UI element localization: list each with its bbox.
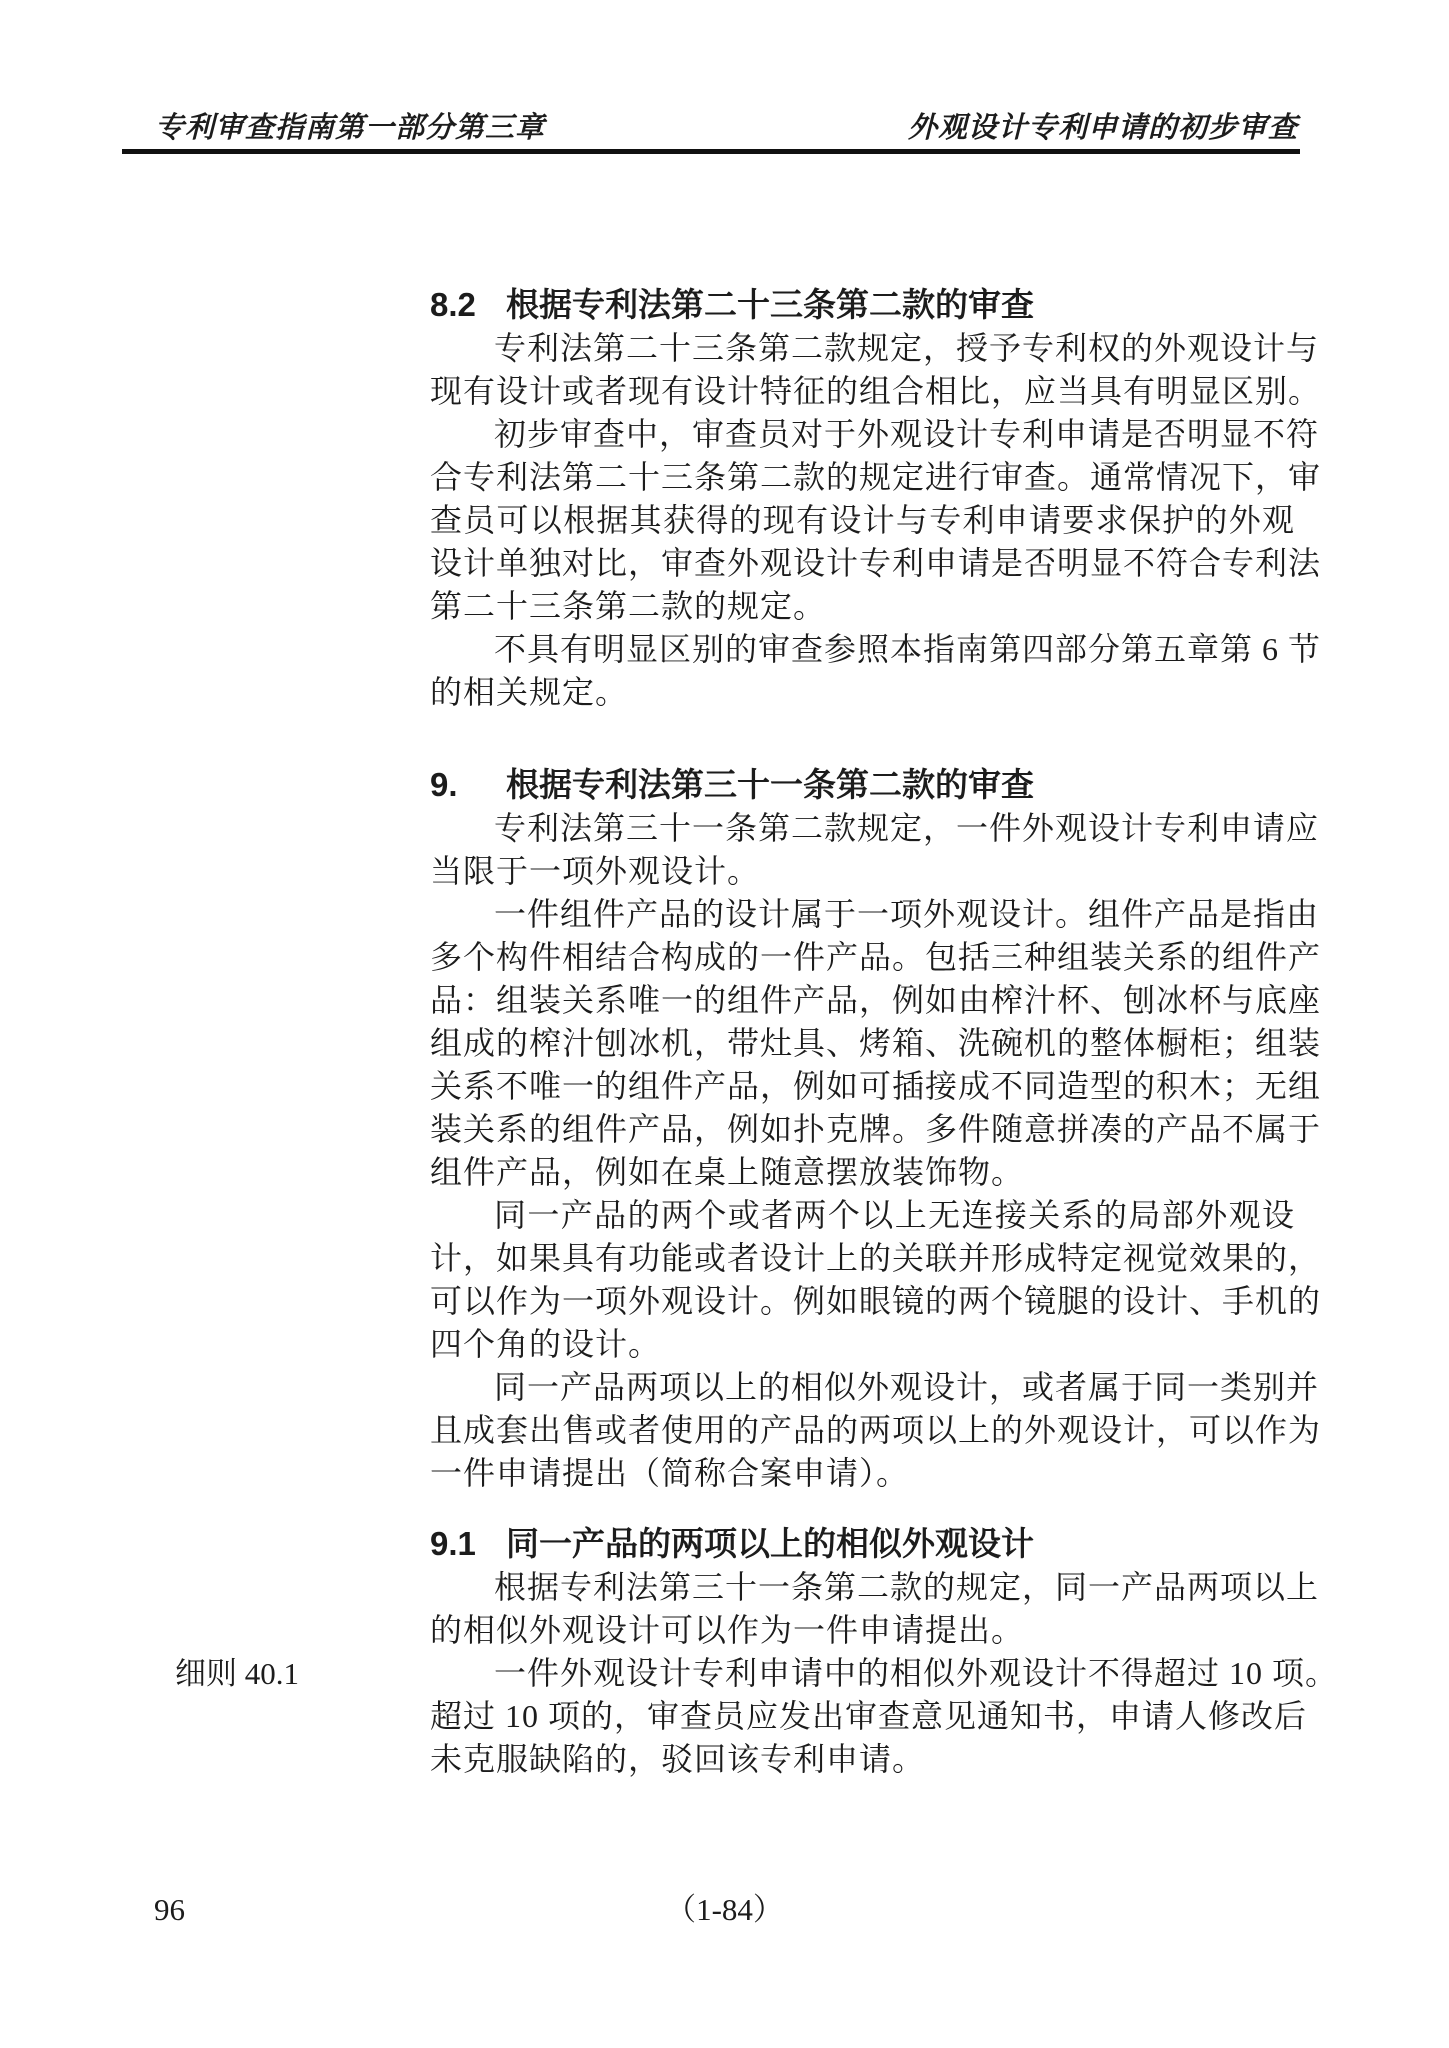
header-rule <box>122 149 1300 154</box>
page-header: 专利审查指南第一部分第三章 外观设计专利申请的初步审查 <box>0 108 1449 148</box>
text-line: 同一产品两项以上的相似外观设计，或者属于同一类别并 <box>430 1366 1295 1409</box>
section-number: 8.2 <box>430 283 506 327</box>
text-line: 组成的榨汁刨冰机，带灶具、烤箱、洗碗机的整体橱柜；组装 <box>430 1022 1295 1065</box>
paragraph: 一件外观设计专利申请中的相似外观设计不得超过 10 项。超过 10 项的，审查员… <box>430 1652 1295 1781</box>
text-line: 品：组装关系唯一的组件产品，例如由榨汁杯、刨冰杯与底座 <box>430 979 1295 1022</box>
text-line: 当限于一项外观设计。 <box>430 850 1295 893</box>
text-line: 未克服缺陷的，驳回该专利申请。 <box>430 1738 1295 1781</box>
paragraph: 同一产品两项以上的相似外观设计，或者属于同一类别并且成套出售或者使用的产品的两项… <box>430 1366 1295 1495</box>
section-number: 9. <box>430 763 506 807</box>
section-8-2: 8.2根据专利法第二十三条第二款的审查专利法第二十三条第二款规定，授予专利权的外… <box>430 283 1295 714</box>
section-title: 同一产品的两项以上的相似外观设计 <box>506 1525 1034 1562</box>
text-line: 第二十三条第二款的规定。 <box>430 585 1295 628</box>
paragraph: 一件组件产品的设计属于一项外观设计。组件产品是指由多个构件相结合构成的一件产品。… <box>430 893 1295 1194</box>
paragraph: 专利法第二十三条第二款规定，授予专利权的外观设计与现有设计或者现有设计特征的组合… <box>430 327 1295 413</box>
text-line: 同一产品的两个或者两个以上无连接关系的局部外观设 <box>430 1194 1295 1237</box>
text-line: 一件外观设计专利申请中的相似外观设计不得超过 10 项。 <box>430 1652 1295 1695</box>
text-line: 一件申请提出（简称合案申请）。 <box>430 1452 1295 1495</box>
paragraph: 专利法第三十一条第二款规定，一件外观设计专利申请应当限于一项外观设计。 <box>430 807 1295 893</box>
text-line: 不具有明显区别的审查参照本指南第四部分第五章第 6 节 <box>430 628 1295 671</box>
paragraph: 不具有明显区别的审查参照本指南第四部分第五章第 6 节的相关规定。 <box>430 628 1295 714</box>
paragraph: 同一产品的两个或者两个以上无连接关系的局部外观设计，如果具有功能或者设计上的关联… <box>430 1194 1295 1366</box>
section-heading: 9.1同一产品的两项以上的相似外观设计 <box>430 1522 1295 1566</box>
document-page: 专利审查指南第一部分第三章 外观设计专利申请的初步审查 8.2根据专利法第二十三… <box>0 0 1449 2048</box>
section-9: 9.根据专利法第三十一条第二款的审查专利法第三十一条第二款规定，一件外观设计专利… <box>430 763 1295 1495</box>
section-heading: 9.根据专利法第三十一条第二款的审查 <box>430 763 1295 807</box>
paragraph: 初步审查中，审查员对于外观设计专利申请是否明显不符合专利法第二十三条第二款的规定… <box>430 413 1295 628</box>
text-line: 初步审查中，审查员对于外观设计专利申请是否明显不符 <box>430 413 1295 456</box>
text-line: 关系不唯一的组件产品，例如可插接成不同造型的积木；无组 <box>430 1065 1295 1108</box>
text-line: 可以作为一项外观设计。例如眼镜的两个镜腿的设计、手机的 <box>430 1280 1295 1323</box>
text-line: 多个构件相结合构成的一件产品。包括三种组装关系的组件产 <box>430 936 1295 979</box>
text-line: 根据专利法第三十一条第二款的规定，同一产品两项以上 <box>430 1566 1295 1609</box>
margin-note-rule-40-1: 细则 40.1 <box>175 1652 299 1695</box>
text-line: 一件组件产品的设计属于一项外观设计。组件产品是指由 <box>430 893 1295 936</box>
footer-center-number: （1-84） <box>0 1888 1449 1931</box>
paragraph: 根据专利法第三十一条第二款的规定，同一产品两项以上的相似外观设计可以作为一件申请… <box>430 1566 1295 1652</box>
text-line: 专利法第二十三条第二款规定，授予专利权的外观设计与 <box>430 327 1295 370</box>
text-line: 四个角的设计。 <box>430 1323 1295 1366</box>
text-line: 组件产品，例如在桌上随意摆放装饰物。 <box>430 1151 1295 1194</box>
text-line: 且成套出售或者使用的产品的两项以上的外观设计，可以作为 <box>430 1409 1295 1452</box>
text-line: 超过 10 项的，审查员应发出审查意见通知书，申请人修改后 <box>430 1695 1295 1738</box>
header-left-title: 专利审查指南第一部分第三章 <box>155 108 545 148</box>
text-line: 设计单独对比，审查外观设计专利申请是否明显不符合专利法 <box>430 542 1295 585</box>
section-title: 根据专利法第三十一条第二款的审查 <box>506 766 1034 803</box>
section-9-1: 9.1同一产品的两项以上的相似外观设计根据专利法第三十一条第二款的规定，同一产品… <box>430 1522 1295 1781</box>
text-line: 查员可以根据其获得的现有设计与专利申请要求保护的外观 <box>430 499 1295 542</box>
section-title: 根据专利法第二十三条第二款的审查 <box>506 286 1034 323</box>
header-right-title: 外观设计专利申请的初步审查 <box>908 108 1298 148</box>
text-line: 的相似外观设计可以作为一件申请提出。 <box>430 1609 1295 1652</box>
section-heading: 8.2根据专利法第二十三条第二款的审查 <box>430 283 1295 327</box>
text-line: 装关系的组件产品，例如扑克牌。多件随意拼凑的产品不属于 <box>430 1108 1295 1151</box>
text-line: 的相关规定。 <box>430 671 1295 714</box>
body-text-column: 8.2根据专利法第二十三条第二款的审查专利法第二十三条第二款规定，授予专利权的外… <box>430 283 1295 1781</box>
text-line: 专利法第三十一条第二款规定，一件外观设计专利申请应 <box>430 807 1295 850</box>
section-number: 9.1 <box>430 1522 506 1566</box>
text-line: 现有设计或者现有设计特征的组合相比，应当具有明显区别。 <box>430 370 1295 413</box>
text-line: 合专利法第二十三条第二款的规定进行审查。通常情况下，审 <box>430 456 1295 499</box>
text-line: 计，如果具有功能或者设计上的关联并形成特定视觉效果的， <box>430 1237 1295 1280</box>
